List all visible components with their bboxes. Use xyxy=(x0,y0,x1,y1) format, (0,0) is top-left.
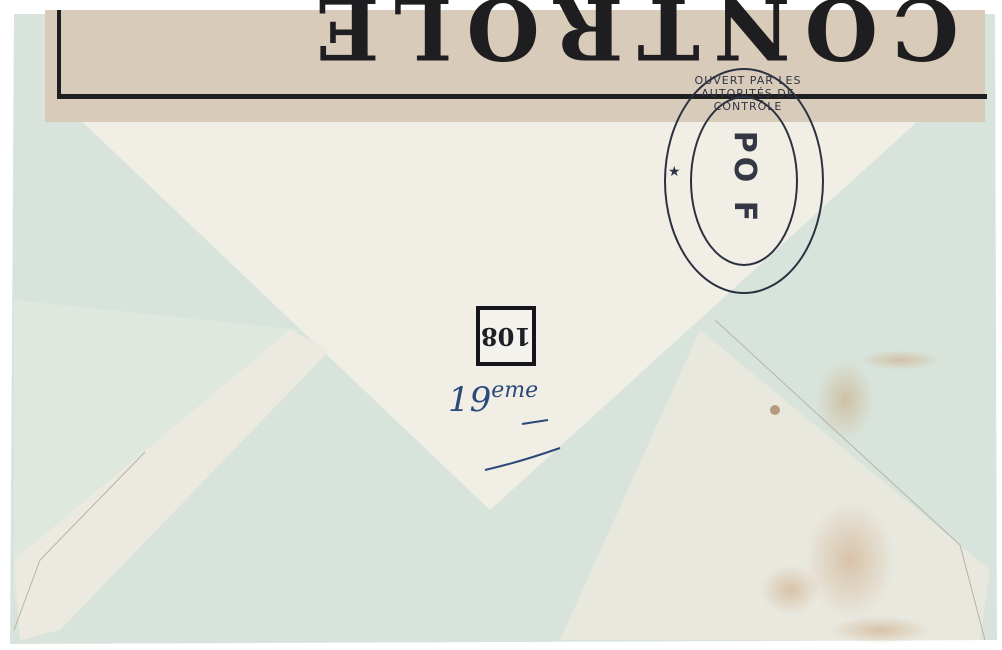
manuscript-suffix: eme xyxy=(491,378,538,403)
star-icon: ★ xyxy=(668,164,682,180)
envelope-back: CONTROLE PO F ★ OUVERT PAR LES AUTORITÉS… xyxy=(0,0,1002,650)
censor-number-text: 108 xyxy=(480,310,532,362)
manuscript-number: 19 xyxy=(448,380,491,420)
boxed-censor-number: 108 xyxy=(476,306,536,366)
stamp-ring-text: OUVERT PAR LES AUTORITÉS DE CONTRÔLE xyxy=(688,74,808,113)
manuscript-annotation: 19eme xyxy=(448,380,538,420)
censor-label-text: CONTROLE xyxy=(280,0,980,76)
censor-label: CONTROLE xyxy=(45,10,985,122)
stamp-center-text: PO F xyxy=(714,128,774,228)
oval-censor-handstamp: PO F ★ OUVERT PAR LES AUTORITÉS DE CONTR… xyxy=(664,68,824,294)
